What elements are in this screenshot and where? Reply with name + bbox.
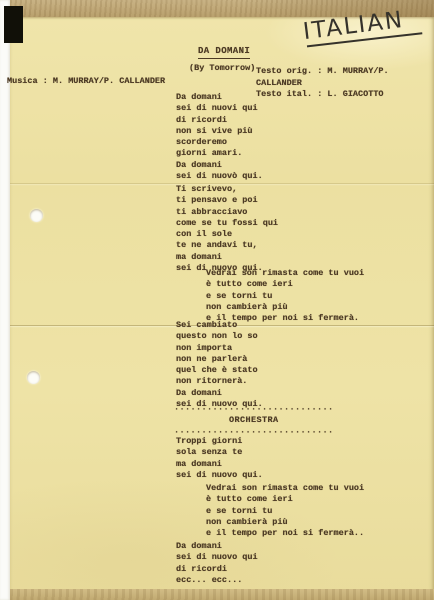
lyric-line: non importa bbox=[176, 343, 263, 354]
lyric-line: ma domani bbox=[176, 252, 278, 263]
lyric-line: te ne andavi tu, bbox=[176, 240, 278, 251]
lyrics-stanza-4: Troppi giornisola senza tema domanisei d… bbox=[176, 436, 263, 481]
lyric-line: Vedrai son rimasta come tu vuoi bbox=[206, 268, 364, 279]
lyric-line: e se torni tu bbox=[206, 291, 364, 302]
lyrics-stanza-2: Ti scrivevo,ti pensavo e poiti abbraccia… bbox=[176, 184, 278, 274]
lyric-line: di ricordi bbox=[176, 564, 258, 575]
lyric-line: scorderemo bbox=[176, 137, 263, 148]
lyric-line: ma domani bbox=[176, 459, 263, 470]
lyrics-final: Da domanisei di nuovo quidi ricordiecc..… bbox=[176, 541, 258, 586]
lyric-line: Vedrai son rimasta come tu vuoi bbox=[206, 483, 364, 494]
lyric-line: di ricordi bbox=[176, 115, 263, 126]
lyric-line: non cambierà più bbox=[206, 302, 364, 313]
lyric-line: con il sole bbox=[176, 229, 278, 240]
lyric-line: non ne parlerà bbox=[176, 354, 263, 365]
lyric-line: sei di nuovo qui. bbox=[176, 470, 263, 481]
lyric-line: Da domani bbox=[176, 388, 263, 399]
original-text-credit: Testo orig. : M. MURRAY/P. CALLANDER bbox=[256, 66, 434, 89]
lyric-line: come se tu fossi qui bbox=[176, 218, 278, 229]
lyric-line: e se torni tu bbox=[206, 506, 364, 517]
lyric-line: sei di nuovi qui bbox=[176, 103, 263, 114]
lyric-line: questo non lo so bbox=[176, 331, 263, 342]
lyric-line: non ritornerà. bbox=[176, 376, 263, 387]
lyric-line: e il tempo per noi si fermerà.. bbox=[206, 528, 364, 539]
punch-hole bbox=[30, 209, 43, 222]
lyric-line: sei di nuovò qui. bbox=[176, 171, 263, 182]
lyric-line: Sei cambiato bbox=[176, 320, 263, 331]
scanner-margin bbox=[0, 0, 10, 600]
song-title: DA DOMANI bbox=[198, 46, 250, 59]
corner-mark bbox=[4, 6, 23, 43]
lyric-line: è tutto come ieri bbox=[206, 279, 364, 290]
lyric-line: Troppi giorni bbox=[176, 436, 263, 447]
lyric-line: ····························· bbox=[174, 404, 334, 415]
lyric-line: ORCHESTRA bbox=[174, 415, 334, 426]
lyric-line: Da domani bbox=[176, 160, 263, 171]
song-subtitle: (By Tomorrow) bbox=[189, 63, 255, 73]
lyric-line: Da domani bbox=[176, 92, 263, 103]
lyric-line: Da domani bbox=[176, 541, 258, 552]
lyric-line: non si vive più bbox=[176, 126, 263, 137]
lyric-line: ti pensavo e poi bbox=[176, 195, 278, 206]
lyric-line: ecc... ecc... bbox=[176, 575, 258, 586]
italian-text-credit: Testo ital. : L. GIACOTTO bbox=[256, 89, 434, 101]
lyric-line: sola senza te bbox=[176, 447, 263, 458]
lyric-line: sei di nuovo qui bbox=[176, 552, 258, 563]
text-credits: Testo orig. : M. MURRAY/P. CALLANDER Tes… bbox=[256, 66, 434, 101]
lyric-line: ti abbracciavo bbox=[176, 207, 278, 218]
lyrics-chorus-1: Vedrai son rimasta come tu vuoiè tutto c… bbox=[206, 268, 364, 324]
lyric-line: giorni amari. bbox=[176, 148, 263, 159]
lyrics-chorus-2: Vedrai son rimasta come tu vuoiè tutto c… bbox=[206, 483, 364, 539]
lyrics-stanza-3: Sei cambiatoquesto non lo sonon importan… bbox=[176, 320, 263, 410]
sheet-bottom-edge bbox=[10, 589, 434, 600]
lyric-line: è tutto come ieri bbox=[206, 494, 364, 505]
scanned-lyric-sheet: ITALIAN DA DOMANI (By Tomorrow) Musica :… bbox=[0, 0, 434, 600]
lyric-line: quel che è stato bbox=[176, 365, 263, 376]
lyric-line: non cambierà più bbox=[206, 517, 364, 528]
lyrics-stanza-1: Da domanisei di nuovi quidi ricordinon s… bbox=[176, 92, 263, 182]
orchestra-separator: ····························· ORCHESTRA·… bbox=[174, 404, 334, 438]
punch-hole bbox=[27, 371, 40, 384]
music-credit: Musica : M. MURRAY/P. CALLANDER bbox=[7, 76, 165, 86]
lyric-line: Ti scrivevo, bbox=[176, 184, 278, 195]
